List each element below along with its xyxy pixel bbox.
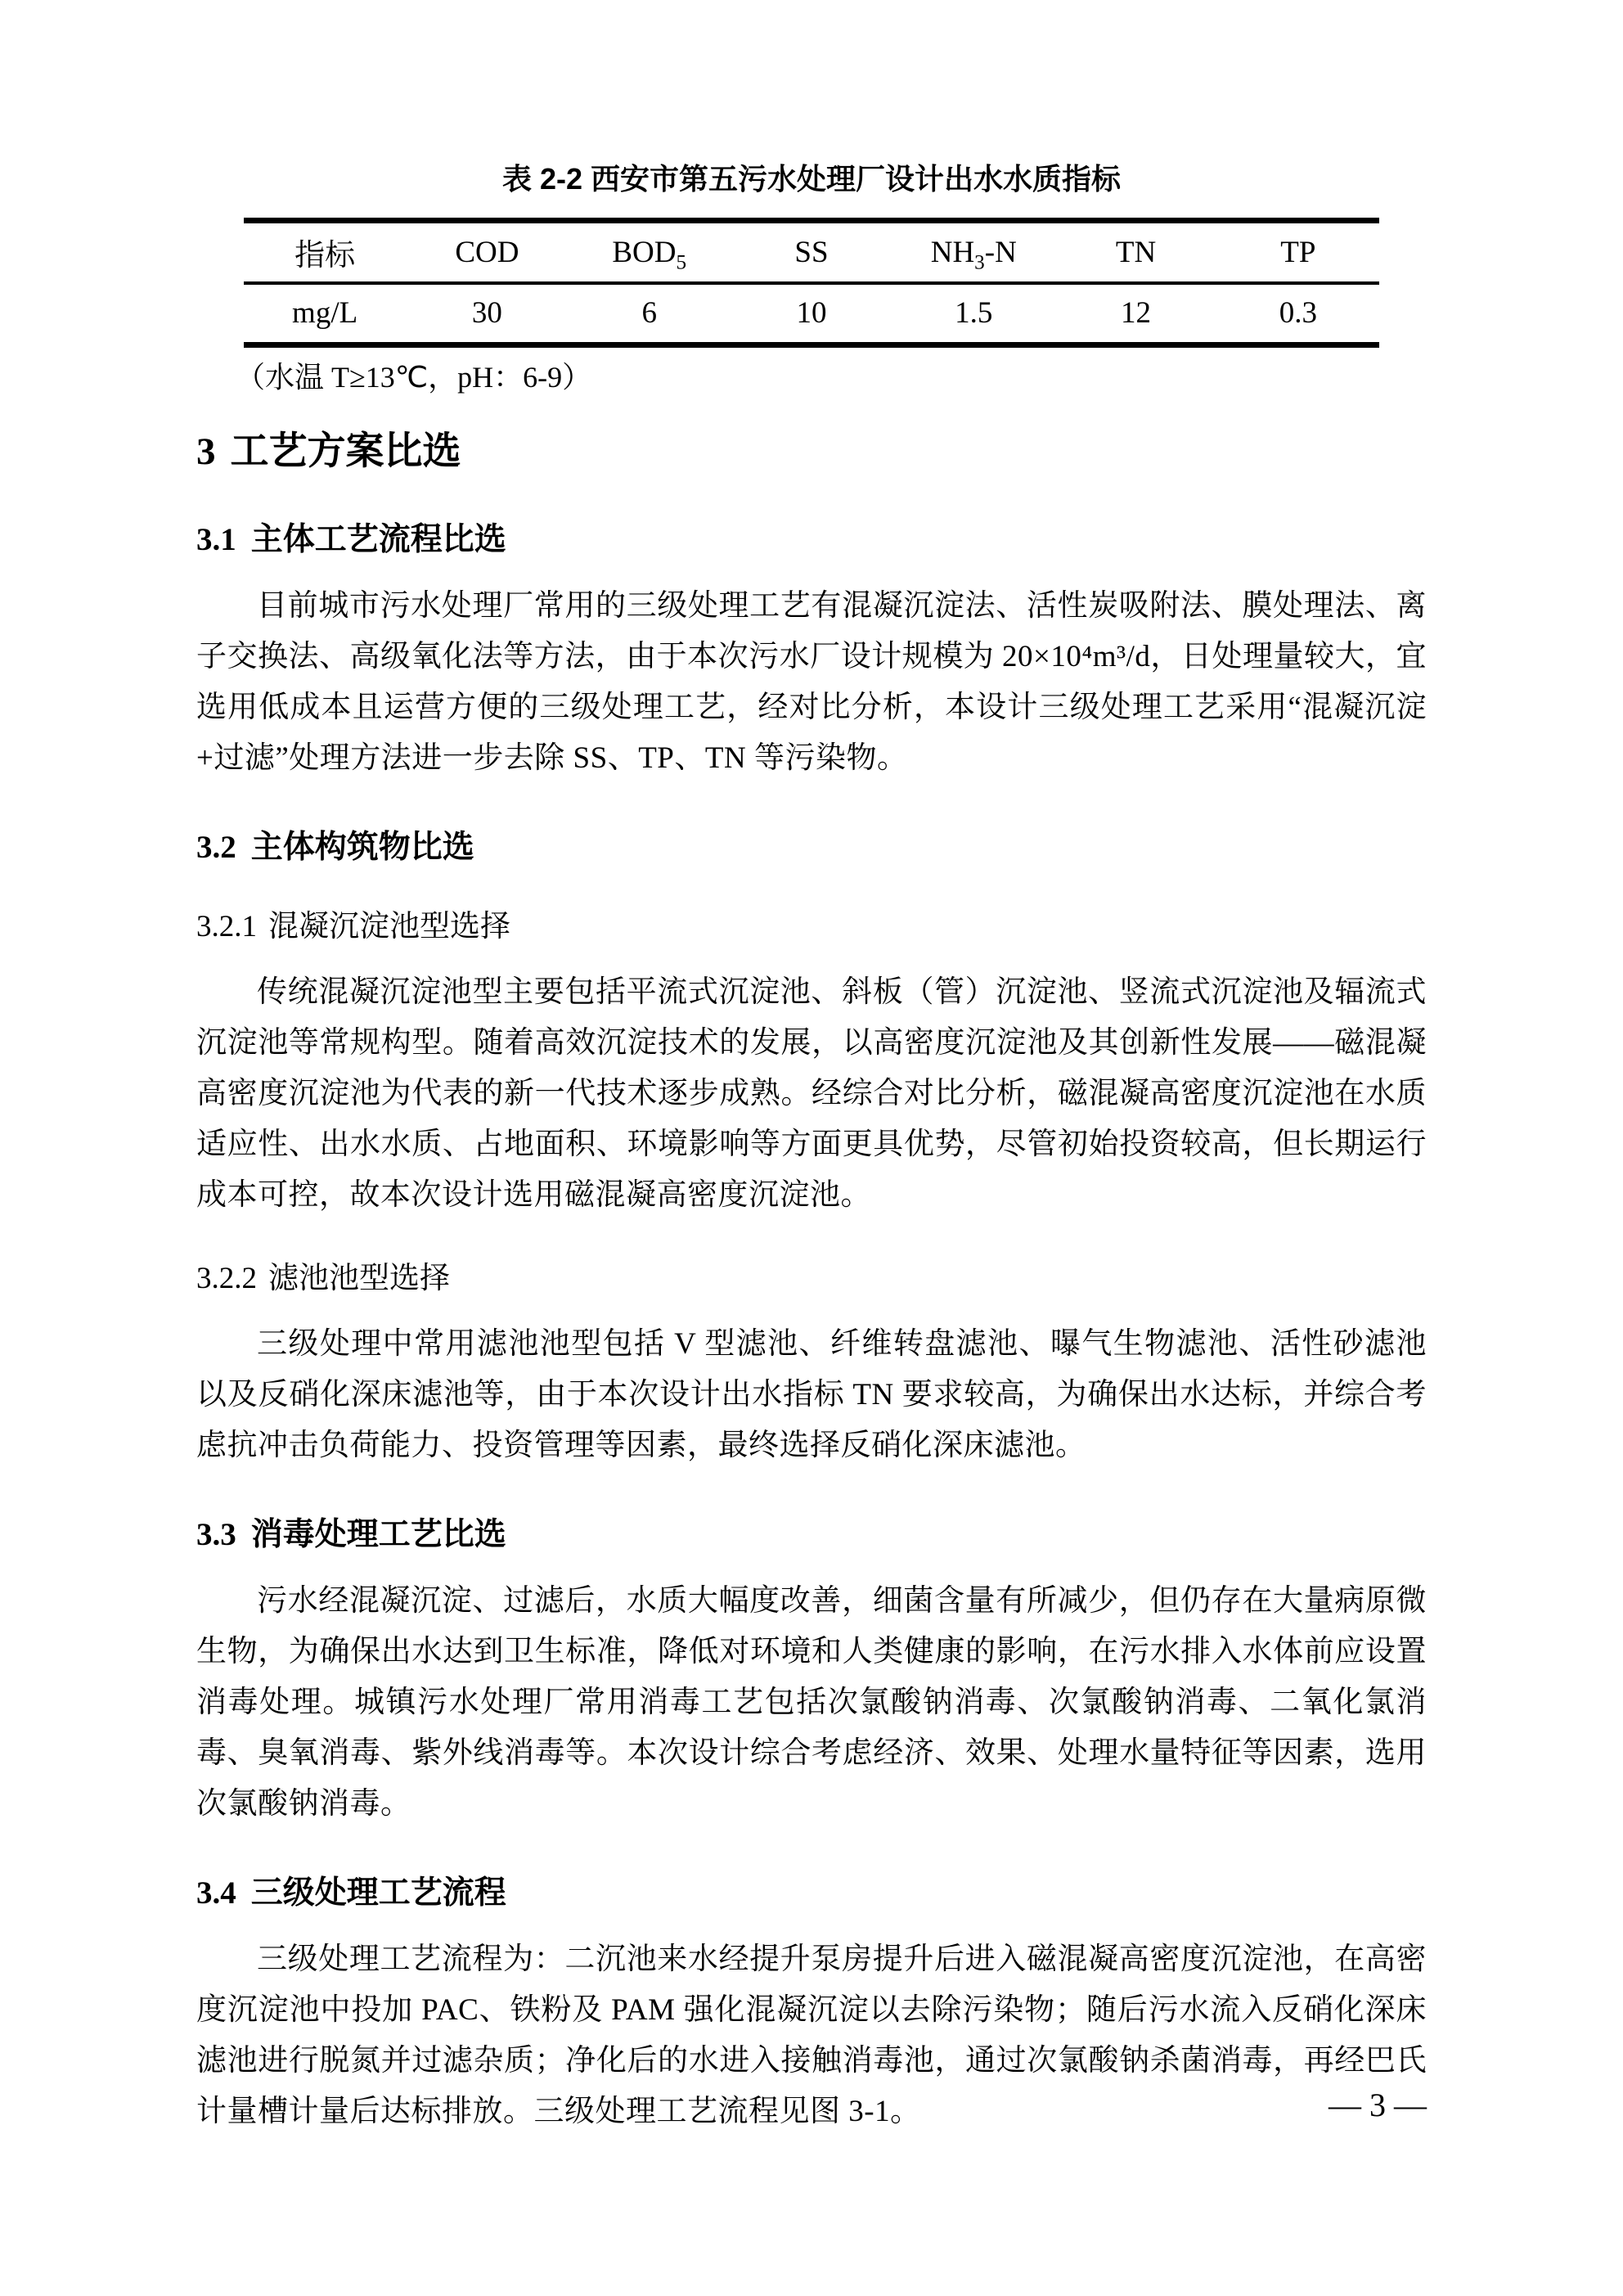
table-header-cell: NH3-N: [892, 221, 1054, 283]
table-header-row: 指标CODBOD5SSNH3-NTNTP: [244, 221, 1379, 283]
section-number: 3.4: [196, 1875, 236, 1911]
table-value-cell: 12: [1054, 283, 1216, 345]
paragraph-3-2-1: 传统混凝沉淀池型主要包括平流式沉淀池、斜板（管）沉淀池、竖流式沉淀池及辐流式沉淀…: [196, 967, 1427, 1221]
water-quality-table: 指标CODBOD5SSNH3-NTNTP mg/L306101.5120.3: [244, 218, 1379, 348]
paragraph-3-4: 三级处理工艺流程为：二沉池来水经提升泵房提升后进入磁混凝高密度沉淀池，在高密度沉…: [196, 1934, 1427, 2137]
table-header-cell: 指标: [244, 221, 406, 283]
page-number: — 3 —: [1329, 2085, 1427, 2126]
section-heading-3: 3工艺方案比选: [196, 426, 1427, 476]
paragraph-3-3: 污水经混凝沉淀、过滤后，水质大幅度改善，细菌含量有所减少，但仍存在大量病原微生物…: [196, 1576, 1427, 1830]
section-number: 3: [196, 430, 216, 473]
paragraph-3-2-2: 三级处理中常用滤池池型包括 V 型滤池、纤维转盘滤池、曝气生物滤池、活性砂滤池以…: [196, 1319, 1427, 1471]
section-title: 消毒处理工艺比选: [251, 1517, 506, 1552]
table-header-cell: TP: [1217, 221, 1379, 283]
paragraph-3-1: 目前城市污水处理厂常用的三级处理工艺有混凝沉淀法、活性炭吸附法、膜处理法、离子交…: [196, 581, 1427, 784]
table-caption: 表 2-2 西安市第五污水处理厂设计出水水质指标: [196, 160, 1427, 198]
table-value-cell: mg/L: [244, 283, 406, 345]
section-title: 主体构筑物比选: [251, 830, 474, 865]
table-header-cell: SS: [731, 221, 892, 283]
table-value-cell: 0.3: [1217, 283, 1379, 345]
section-heading-3-3: 3.3消毒处理工艺比选: [196, 1514, 1427, 1556]
table-header-cell: TN: [1054, 221, 1216, 283]
section-title: 工艺方案比选: [231, 429, 461, 472]
page-content: 表 2-2 西安市第五污水处理厂设计出水水质指标 指标CODBOD5SSNH3-…: [196, 0, 1427, 2137]
section-number: 3.3: [196, 1517, 236, 1552]
document-page: { "page": { "page_number": "— 3 —" }, "t…: [0, 0, 1623, 2296]
table-header-cell: COD: [406, 221, 568, 283]
table-value-cell: 1.5: [892, 283, 1054, 345]
table-value-cell: 6: [569, 283, 731, 345]
table-unit-row: mg/L306101.5120.3: [244, 283, 1379, 345]
section-title: 混凝沉淀池型选择: [268, 910, 510, 943]
table-note: （水温 T≥13℃，pH：6-9）: [236, 358, 1427, 397]
section-title: 三级处理工艺流程: [251, 1875, 506, 1911]
section-number: 3.2.1: [196, 910, 257, 943]
section-number: 3.2: [196, 830, 236, 865]
section-heading-3-2: 3.2主体构筑物比选: [196, 826, 1427, 869]
table-value-cell: 30: [406, 283, 568, 345]
section-title: 主体工艺流程比选: [251, 522, 506, 557]
section-title: 滤池池型选择: [268, 1262, 450, 1295]
section-heading-3-2-2: 3.2.2滤池池型选择: [196, 1258, 1427, 1299]
section-heading-3-2-1: 3.2.1混凝沉淀池型选择: [196, 907, 1427, 948]
table-value-cell: 10: [731, 283, 892, 345]
section-heading-3-1: 3.1主体工艺流程比选: [196, 519, 1427, 561]
section-heading-3-4: 3.4三级处理工艺流程: [196, 1872, 1427, 1915]
table-header-cell: BOD5: [569, 221, 731, 283]
section-number: 3.2.2: [196, 1262, 257, 1295]
section-number: 3.1: [196, 522, 236, 557]
